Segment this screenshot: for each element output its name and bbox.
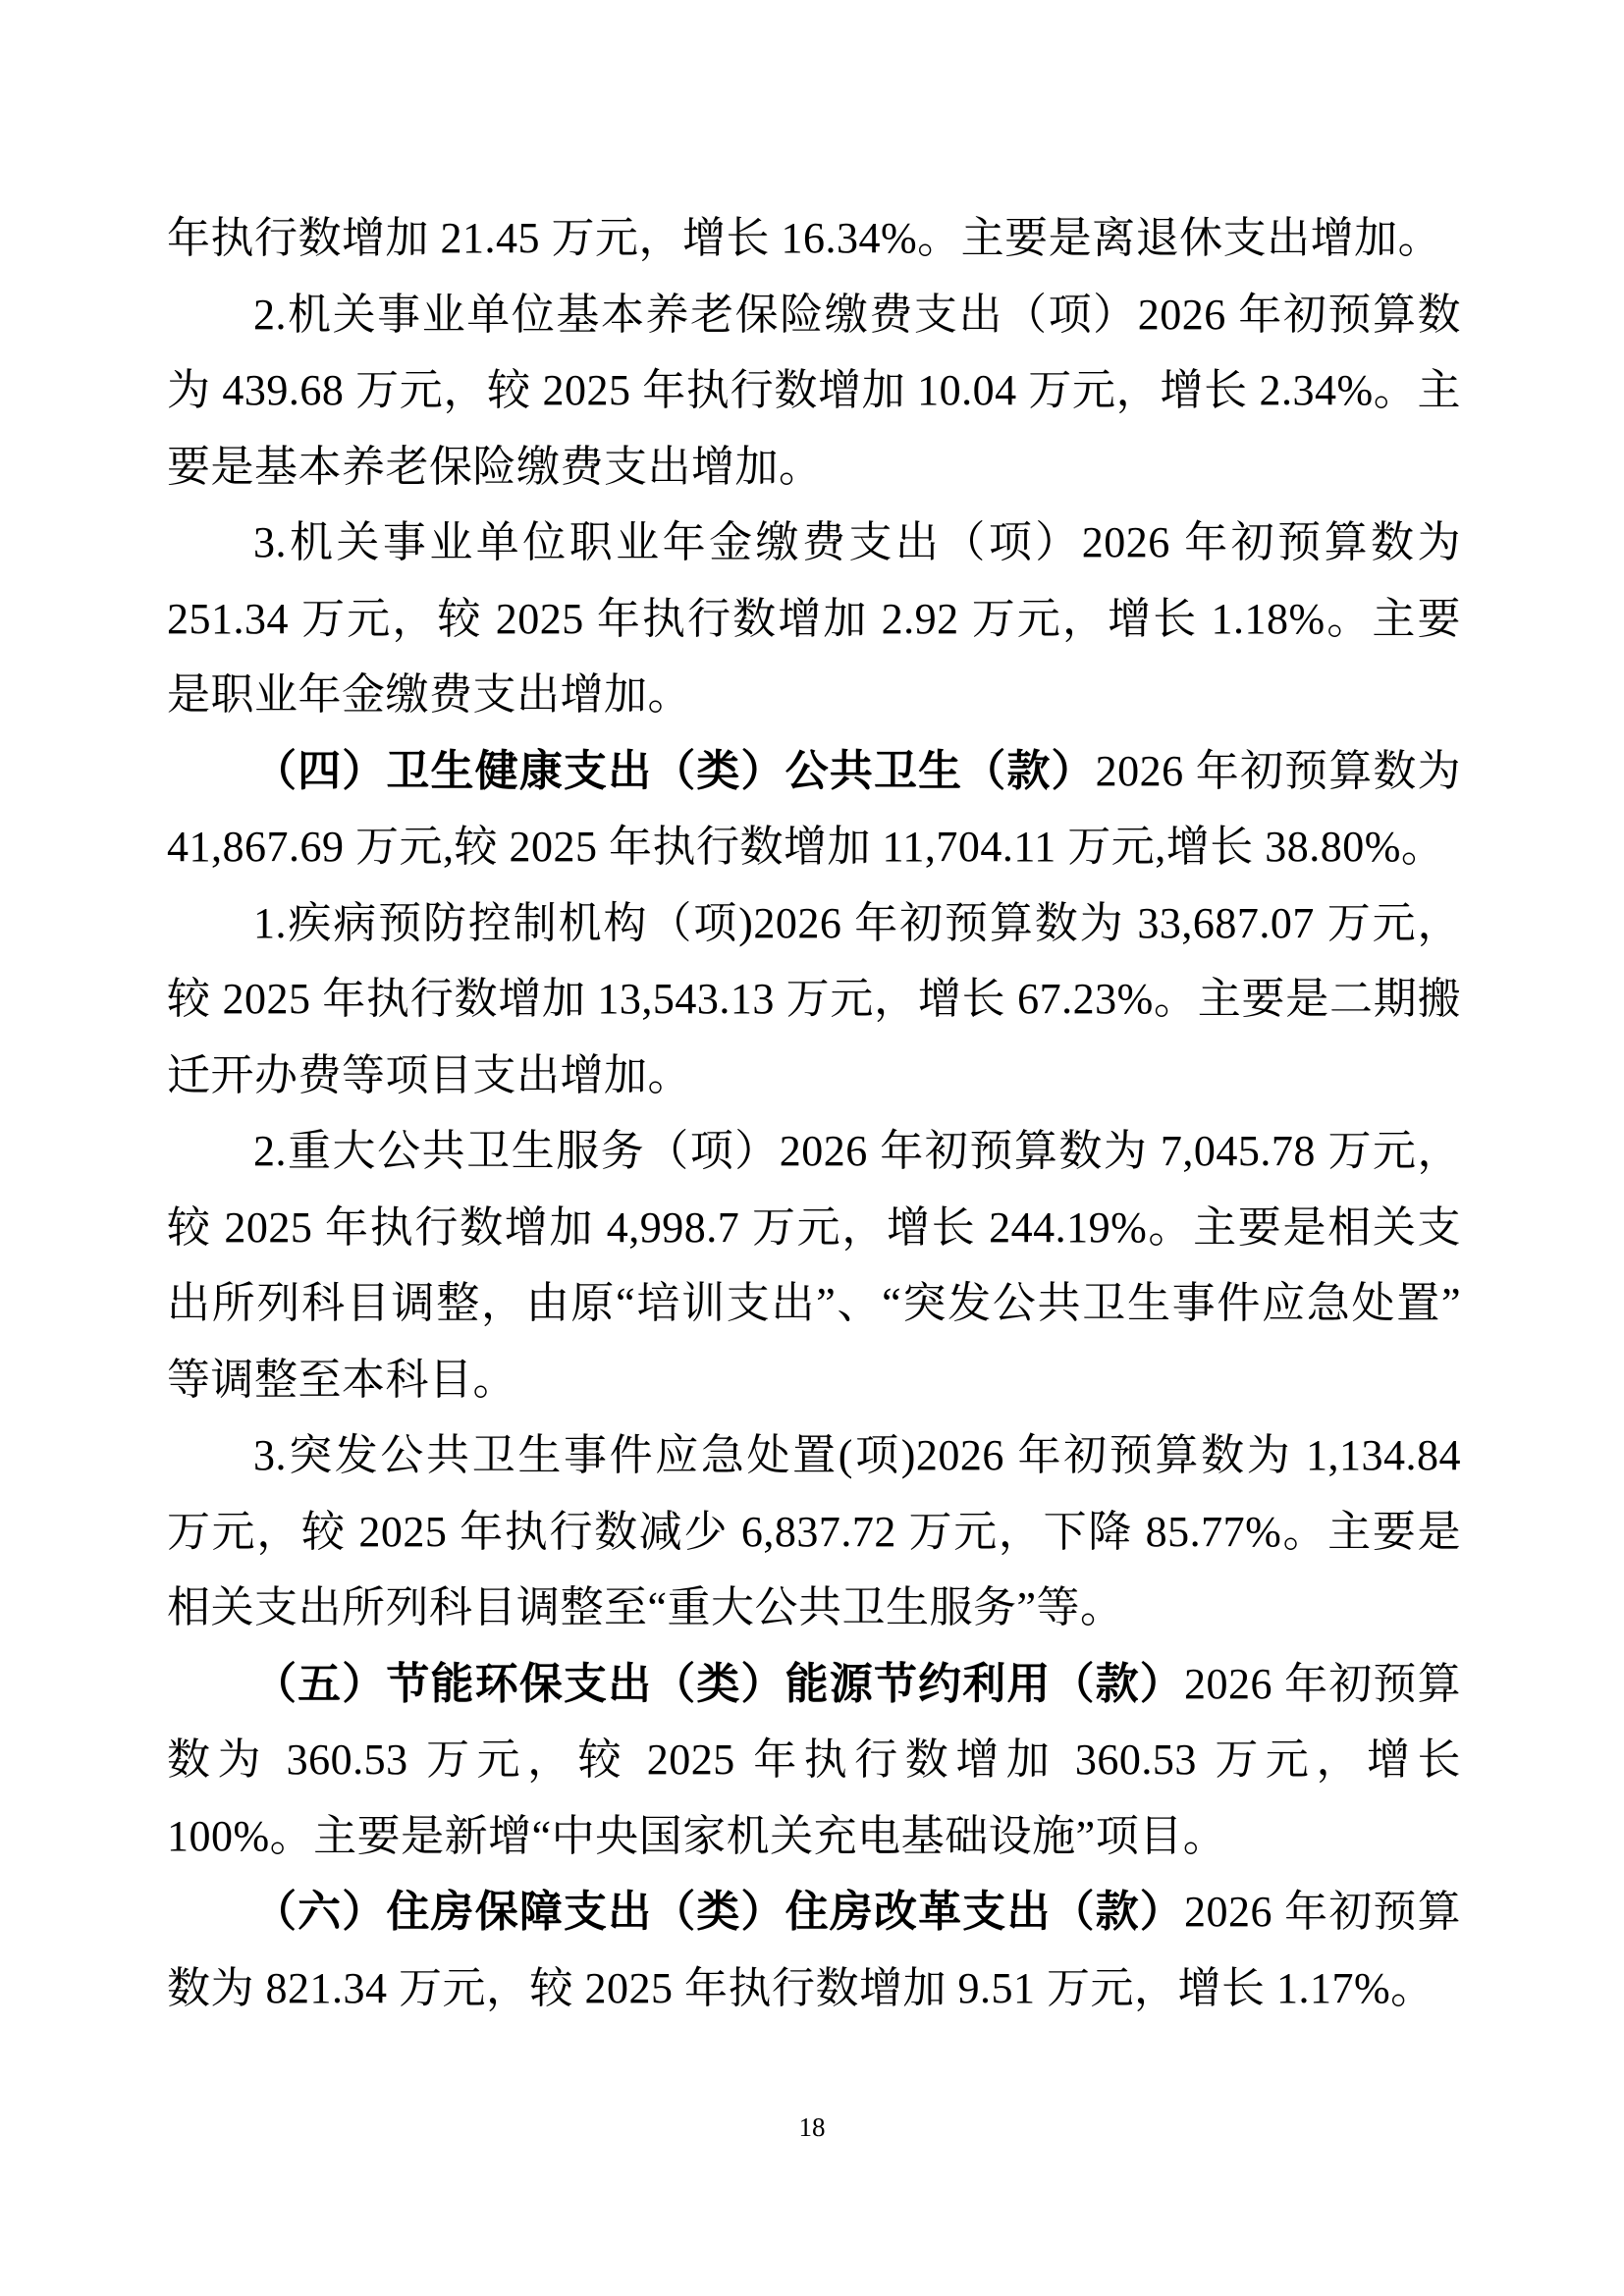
paragraph: 3.机关事业单位职业年金缴费支出（项）2026 年初预算数为 251.34 万元… bbox=[167, 505, 1461, 733]
paragraph: （五）节能环保支出（类）能源节约利用（款）2026 年初预算数为 360.53 … bbox=[167, 1646, 1461, 1875]
page-number: 18 bbox=[0, 2110, 1624, 2144]
paragraph-text: 3.突发公共卫生事件应急处置(项)2026 年初预算数为 1,134.84 万元… bbox=[167, 1431, 1461, 1631]
paragraph-heading: （五）节能环保支出（类）能源节约利用（款） bbox=[253, 1660, 1184, 1708]
paragraph-heading: （六）住房保障支出（类）住房改革支出（款） bbox=[253, 1888, 1184, 1936]
paragraph-text: 1.疾病预防控制机构（项)2026 年初预算数为 33,687.07 万元，较 … bbox=[167, 899, 1461, 1099]
paragraph: 年执行数增加 21.45 万元，增长 16.34%。主要是离退休支出增加。 bbox=[167, 200, 1461, 277]
paragraph: （四）卫生健康支出（类）公共卫生（款）2026 年初预算数为 41,867.69… bbox=[167, 733, 1461, 885]
paragraph: 1.疾病预防控制机构（项)2026 年初预算数为 33,687.07 万元，较 … bbox=[167, 885, 1461, 1114]
paragraph-text: 年执行数增加 21.45 万元，增长 16.34%。主要是离退休支出增加。 bbox=[167, 214, 1441, 262]
paragraph: （六）住房保障支出（类）住房改革支出（款）2026 年初预算数为 821.34 … bbox=[167, 1874, 1461, 2026]
paragraph-text: 2.机关事业单位基本养老保险缴费支出（项）2026 年初预算数为 439.68 … bbox=[167, 291, 1461, 491]
document-body: 年执行数增加 21.45 万元，增长 16.34%。主要是离退休支出增加。 2.… bbox=[167, 200, 1461, 2026]
paragraph-text: 2.重大公共卫生服务（项）2026 年初预算数为 7,045.78 万元，较 2… bbox=[167, 1127, 1461, 1404]
paragraph-text: 3.机关事业单位职业年金缴费支出（项）2026 年初预算数为 251.34 万元… bbox=[167, 518, 1461, 719]
paragraph: 2.机关事业单位基本养老保险缴费支出（项）2026 年初预算数为 439.68 … bbox=[167, 277, 1461, 506]
document-page: 年执行数增加 21.45 万元，增长 16.34%。主要是离退休支出增加。 2.… bbox=[0, 0, 1624, 2296]
paragraph-heading: （四）卫生健康支出（类）公共卫生（款） bbox=[253, 747, 1096, 795]
paragraph: 3.突发公共卫生事件应急处置(项)2026 年初预算数为 1,134.84 万元… bbox=[167, 1417, 1461, 1646]
paragraph: 2.重大公共卫生服务（项）2026 年初预算数为 7,045.78 万元，较 2… bbox=[167, 1113, 1461, 1417]
